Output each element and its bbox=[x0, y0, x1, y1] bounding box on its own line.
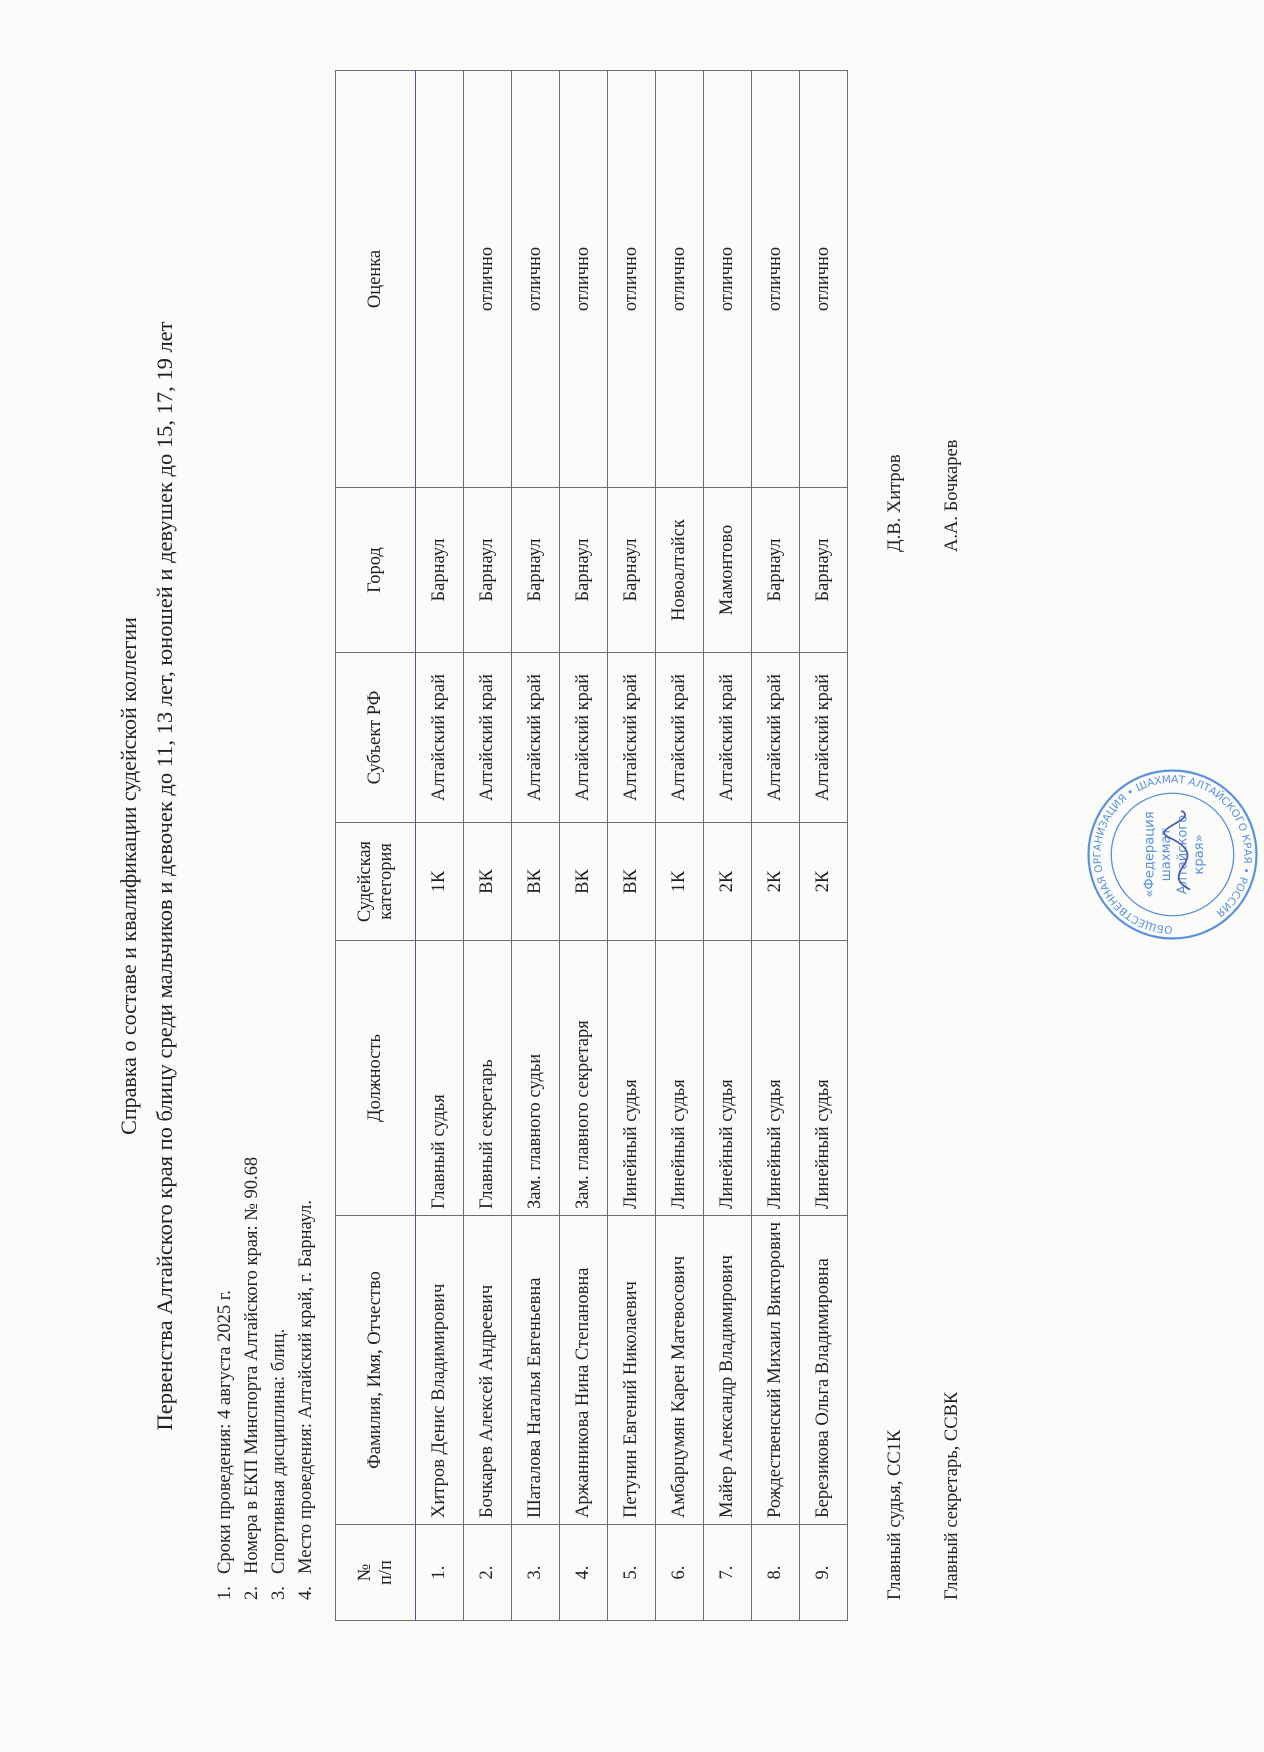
cell-city: Барнаул bbox=[416, 488, 464, 653]
stamp-center-line1: «Федерация bbox=[1142, 811, 1157, 897]
cell-category: 1К bbox=[656, 823, 704, 941]
cell-city: Барнаул bbox=[464, 488, 512, 653]
cell-region: Алтайский край bbox=[464, 653, 512, 823]
cell-category: ВК bbox=[512, 823, 560, 941]
cell-position: Линейный судья bbox=[752, 941, 800, 1216]
cell-grade: отлично bbox=[560, 71, 608, 488]
table-body: 1.Хитров Денис ВладимировичГлавный судья… bbox=[416, 71, 848, 1621]
cell-num: 6. bbox=[656, 1525, 704, 1621]
table-row: 8.Рождественский Михаил ВикторовичЛинейн… bbox=[752, 71, 800, 1621]
cell-category: ВК bbox=[560, 823, 608, 941]
table-row: 4.Аржанникова Нина СтепановнаЗам. главно… bbox=[560, 71, 608, 1621]
cell-name: Березикова Ольга Владимировна bbox=[800, 1216, 848, 1525]
info-item-ekp: 2.Номера в ЕКП Минспорта Алтайского края… bbox=[239, 1157, 266, 1600]
signature-label-chief-judge: Главный судья, СС1К bbox=[885, 1430, 906, 1600]
cell-position: Зам. главного судьи bbox=[512, 941, 560, 1216]
cell-region: Алтайский край bbox=[560, 653, 608, 823]
cell-grade: отлично bbox=[512, 71, 560, 488]
table-row: 1.Хитров Денис ВладимировичГлавный судья… bbox=[416, 71, 464, 1621]
cell-grade: отлично bbox=[608, 71, 656, 488]
cell-city: Барнаул bbox=[560, 488, 608, 653]
cell-position: Линейный судья bbox=[656, 941, 704, 1216]
cell-city: Барнаул bbox=[608, 488, 656, 653]
cell-num: 3. bbox=[512, 1525, 560, 1621]
table-row: 5.Петунин Евгений НиколаевичЛинейный суд… bbox=[608, 71, 656, 1621]
cell-city: Барнаул bbox=[752, 488, 800, 653]
cell-region: Алтайский край bbox=[656, 653, 704, 823]
table-row: 6.Амбарцумян Карен МатевосовичЛинейный с… bbox=[656, 71, 704, 1621]
cell-position: Линейный судья bbox=[608, 941, 656, 1216]
cell-city: Барнаул bbox=[800, 488, 848, 653]
cell-position: Зам. главного секретаря bbox=[560, 941, 608, 1216]
cell-grade: отлично bbox=[656, 71, 704, 488]
cell-grade bbox=[416, 71, 464, 488]
cell-num: 9. bbox=[800, 1525, 848, 1621]
cell-num: 1. bbox=[416, 1525, 464, 1621]
document-title: Справка о составе и квалификации судейск… bbox=[116, 0, 142, 1752]
cell-region: Алтайский край bbox=[608, 653, 656, 823]
cell-grade: отлично bbox=[464, 71, 512, 488]
cell-grade: отлично bbox=[752, 71, 800, 488]
info-list: 1.Сроки проведения: 4 августа 2025 г. 2.… bbox=[212, 1157, 320, 1600]
cell-position: Линейный судья bbox=[704, 941, 752, 1216]
cell-city: Новоалтайск bbox=[656, 488, 704, 653]
stamp-center-line4: края» bbox=[1192, 834, 1207, 874]
cell-category: ВК bbox=[464, 823, 512, 941]
header-region: Субъект РФ bbox=[336, 653, 416, 823]
cell-city: Мамонтово bbox=[704, 488, 752, 653]
cell-region: Алтайский край bbox=[800, 653, 848, 823]
info-item-venue: 4.Место проведения: Алтайский край, г. Б… bbox=[293, 1157, 320, 1600]
cell-name: Петунин Евгений Николаевич bbox=[608, 1216, 656, 1525]
info-item-discipline: 3.Спортивная дисциплина: блиц. bbox=[266, 1157, 293, 1600]
cell-num: 8. bbox=[752, 1525, 800, 1621]
cell-position: Линейный судья bbox=[800, 941, 848, 1216]
info-item-dates: 1.Сроки проведения: 4 августа 2025 г. bbox=[212, 1157, 239, 1600]
header-num: №п/п bbox=[336, 1525, 416, 1621]
cell-name: Рождественский Михаил Викторович bbox=[752, 1216, 800, 1525]
cell-category: 2К bbox=[704, 823, 752, 941]
cell-num: 7. bbox=[704, 1525, 752, 1621]
cell-category: 2К bbox=[800, 823, 848, 941]
signature-label-chief-secretary: Главный секретарь, ССВК bbox=[942, 1392, 963, 1600]
document-page: Справка о составе и квалификации судейск… bbox=[0, 0, 1264, 1752]
cell-grade: отлично bbox=[800, 71, 848, 488]
judges-table: №п/п Фамилия, Имя, Отчество Должность Су… bbox=[335, 70, 848, 1621]
cell-category: 1К bbox=[416, 823, 464, 941]
cell-position: Главный секретарь bbox=[464, 941, 512, 1216]
cell-position: Главный судья bbox=[416, 941, 464, 1216]
signature-name-chief-secretary: А.А. Бочкарев bbox=[942, 440, 963, 552]
cell-region: Алтайский край bbox=[416, 653, 464, 823]
cell-name: Амбарцумян Карен Матевосович bbox=[656, 1216, 704, 1525]
header-name: Фамилия, Имя, Отчество bbox=[336, 1216, 416, 1525]
table-row: 3.Шаталова Наталья ЕвгеньевнаЗам. главно… bbox=[512, 71, 560, 1621]
cell-num: 4. bbox=[560, 1525, 608, 1621]
cell-name: Хитров Денис Владимирович bbox=[416, 1216, 464, 1525]
cell-num: 2. bbox=[464, 1525, 512, 1621]
header-grade: Оценка bbox=[336, 71, 416, 488]
document-subtitle: Первенства Алтайского края по блицу сред… bbox=[152, 0, 178, 1752]
cell-name: Аржанникова Нина Степановна bbox=[560, 1216, 608, 1525]
header-category: Судейскаякатегория bbox=[336, 823, 416, 941]
table-row: 2.Бочкарев Алексей АндреевичГлавный секр… bbox=[464, 71, 512, 1621]
cell-category: ВК bbox=[608, 823, 656, 941]
cell-region: Алтайский край bbox=[512, 653, 560, 823]
table-row: 9.Березикова Ольга ВладимировнаЛинейный … bbox=[800, 71, 848, 1621]
cell-category: 2К bbox=[752, 823, 800, 941]
header-position: Должность bbox=[336, 941, 416, 1216]
cell-name: Шаталова Наталья Евгеньевна bbox=[512, 1216, 560, 1525]
organization-stamp: ОБЩЕСТВЕННАЯ ОРГАНИЗАЦИЯ • ШАХМАТ АЛТАЙС… bbox=[1085, 767, 1260, 942]
cell-num: 5. bbox=[608, 1525, 656, 1621]
cell-grade: отлично bbox=[704, 71, 752, 488]
cell-region: Алтайский край bbox=[752, 653, 800, 823]
table-header-row: №п/п Фамилия, Имя, Отчество Должность Су… bbox=[336, 71, 416, 1621]
cell-region: Алтайский край bbox=[704, 653, 752, 823]
table-row: 7.Майер Александр ВладимировичЛинейный с… bbox=[704, 71, 752, 1621]
signature-name-chief-judge: Д.В. Хитров bbox=[885, 454, 906, 552]
cell-name: Бочкарев Алексей Андреевич bbox=[464, 1216, 512, 1525]
cell-city: Барнаул bbox=[512, 488, 560, 653]
header-city: Город bbox=[336, 488, 416, 653]
cell-name: Майер Александр Владимирович bbox=[704, 1216, 752, 1525]
